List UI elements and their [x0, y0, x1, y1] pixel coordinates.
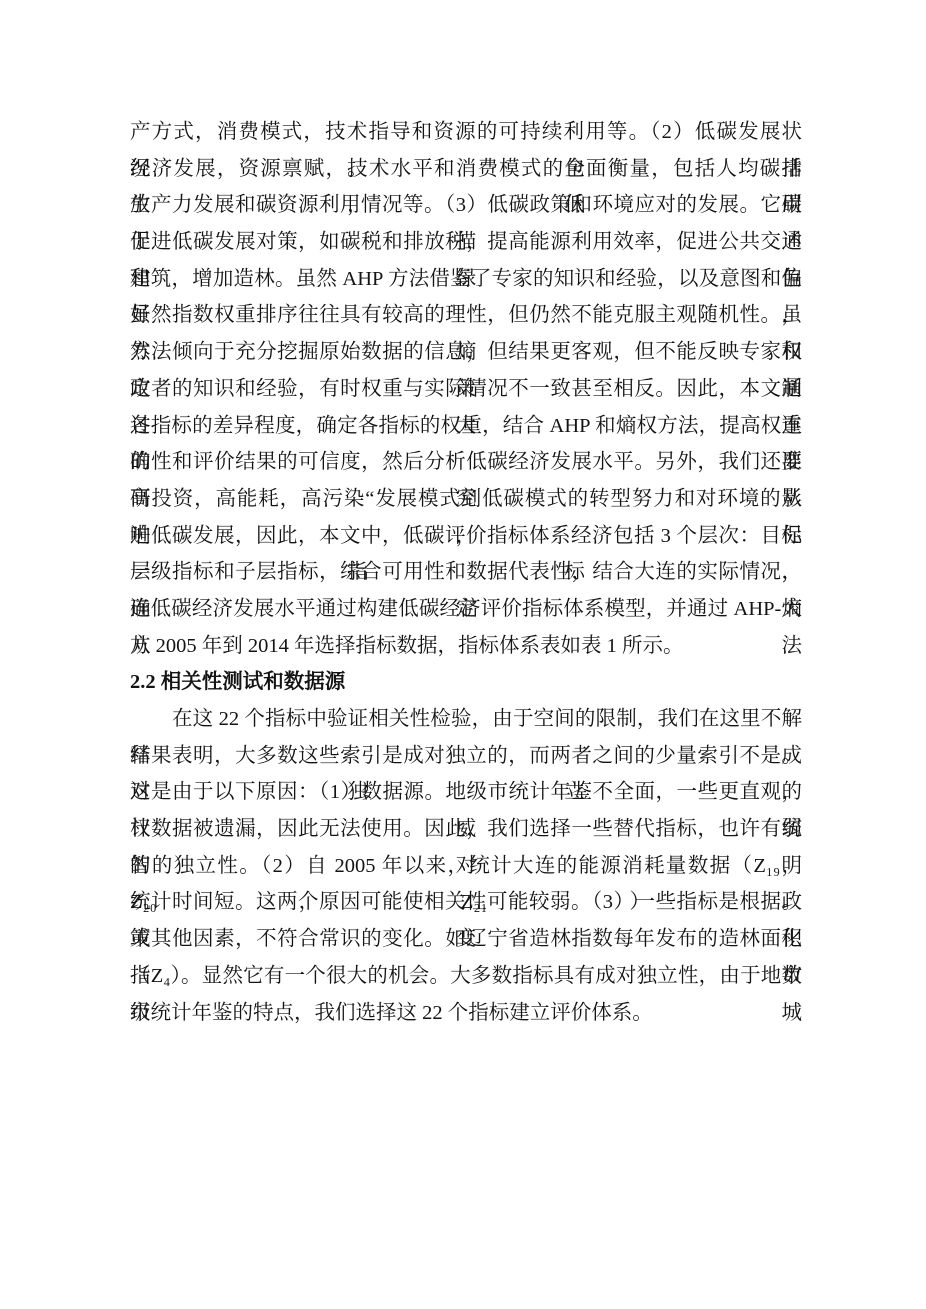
- paragraph-line: 连低碳经济发展水平通过构建低碳经济评价指标体系模型，并通过 AHP-熵方法: [130, 591, 802, 628]
- paragraph-line: 各指标的差异程度，确定各指标的权重，结合 AHP 和熵权方法，提高权重的准: [130, 408, 802, 445]
- section-heading-2-2: 2.2 相关性测试和数据源: [130, 664, 802, 701]
- paragraph-line: 虽然指数权重排序往往具有较高的理性，但仍然不能克服主观随机性。虽然熵权: [130, 297, 802, 334]
- paragraph-line: 促进低碳发展对策，如碳税和排放税，提高能源利用效率，促进公共交通和绿色: [130, 224, 802, 261]
- paragraph-line: 高投资，高能耗，高污染“发展模式到低碳模式的转型努力和对环境的影响，促: [130, 481, 802, 518]
- paragraph-line: 建筑，增加造林。虽然 AHP 方法借鉴了专家的知识和经验，以及意图和偏好，: [130, 261, 802, 298]
- paragraph-line: 生产力发展和碳资源利用情况等。（3）低碳政策和环境应对的发展。它用于描述: [130, 187, 802, 224]
- text-block: 产方式，消费模式，技术指导和资源的可持续利用等。（2）低碳发展状况。包括 经济发…: [130, 114, 802, 1031]
- paragraph-line: （Z₄）。显然它有一个很大的机会。大多数指标具有成对独立性，由于地市级城: [130, 958, 802, 995]
- paragraph-line: 方法倾向于充分挖掘原始数据的信息，但结果更客观，但不能反映专家和政策制: [130, 334, 802, 371]
- document-page: 产方式，消费模式，技术指导和资源的可持续利用等。（2）低碳发展状况。包括 经济发…: [0, 0, 926, 1309]
- paragraph-line: 确性和评价结果的可信度，然后分析低碳经济发展水平。另外，我们还要研究从: [130, 444, 802, 481]
- paragraph-line: 进低碳发展，因此，本文中，低碳评价指标体系经济包括 3 个层次：目标层指标，: [130, 518, 802, 555]
- paragraph-line: 定者的知识和经验，有时权重与实际情况不一致甚至相反。因此，本文通过大连: [130, 371, 802, 408]
- paragraph-line: 智的独立性。（2）自 2005 年以来，统计大连的能源消耗量数据（Z₁₉，Z₂₀…: [130, 848, 802, 885]
- paragraph-line: 一级指标和子层指标，综合可用性和数据代表性，结合大连的实际情况，确定大: [130, 554, 802, 591]
- paragraph-line: 计数据被遗漏，因此无法使用。因此，我们选择一些替代指标，也许有弱的对明: [130, 811, 802, 848]
- paragraph-line: 这是由于以下原因：（1）数据源。地级市统计年鉴不全面，一些更直观的权威统: [130, 774, 802, 811]
- paragraph-line: 统计时间短。这两个原因可能使相关性可能较弱。（3）一些指标是根据政策变化: [130, 884, 802, 921]
- paragraph-line: 产方式，消费模式，技术指导和资源的可持续利用等。（2）低碳发展状况。包括: [130, 114, 802, 151]
- paragraph-1: 产方式，消费模式，技术指导和资源的可持续利用等。（2）低碳发展状况。包括 经济发…: [130, 114, 802, 664]
- paragraph-line: 结果表明，大多数这些索引是成对独立的，而两者之间的少量索引不是成对独立，: [130, 738, 802, 775]
- paragraph-line: 在这 22 个指标中验证相关性检验，由于空间的限制，我们在这里不解释。: [130, 701, 802, 738]
- paragraph-2: 在这 22 个指标中验证相关性检验，由于空间的限制，我们在这里不解释。 结果表明…: [130, 701, 802, 1031]
- paragraph-line: 或其他因素，不符合常识的变化。如辽宁省造林指数每年发布的造林面积指数: [130, 921, 802, 958]
- paragraph-line: 经济发展，资源禀赋，技术水平和消费模式的全面衡量，包括人均碳排放，低碳: [130, 151, 802, 188]
